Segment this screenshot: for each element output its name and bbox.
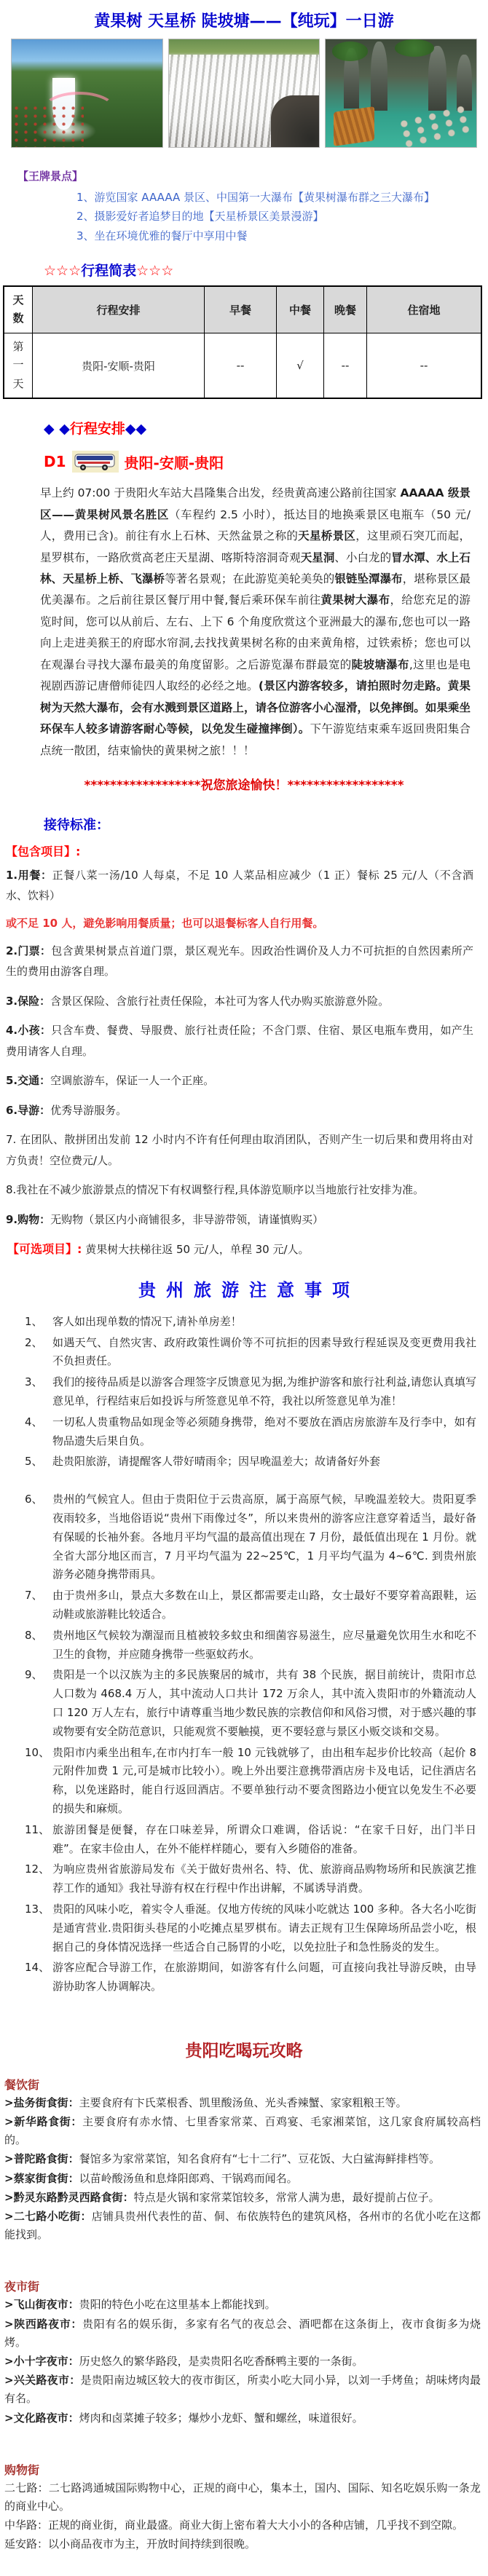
include-item-child: 4.小孩：只含车费、餐费、导服费、旅行社责任险；不含门票、住宿、景区电瓶车费用，… — [6, 1020, 473, 1062]
karst-pillar — [428, 46, 446, 111]
include-item-guide: 6.导游：优秀导游服务。 — [6, 1100, 473, 1121]
cell-plan: 贵阳-安顺-贵阳 — [33, 333, 205, 398]
include-item-adjust: 8.我社在不减少旅游景点的情况下有权调整行程,具体游览顺序以当地旅行社安排为准。 — [6, 1180, 473, 1201]
note-item: 2、如遇天气、自然灾害、政府政策性调价等不可抗拒的因素导致行程延误及变更费用我社… — [25, 1334, 476, 1372]
highlight-item: 3、坐在环境优雅的餐厅中享用中餐 — [76, 226, 488, 245]
optional-label: 【可选项目】: — [7, 1242, 82, 1256]
include-item-transport: 5.交通：空调旅游车，保证一人一个正座。 — [6, 1070, 473, 1091]
include-heading: 【包含项目】: — [6, 842, 488, 859]
shopping-street-entry: 延安路：以小商品夜市为主，开放时间持续到很晚。 — [4, 2535, 481, 2553]
food-guide-heading: 贵阳吃喝玩攻略 — [0, 2037, 488, 2061]
stars-right-icon: ☆☆☆ — [136, 263, 173, 279]
bus-icon — [72, 451, 119, 473]
include-item-cancel: 7. 在团队、散拼团出发前 12 小时内不许有任何理由取消团队，否则产生一切后果… — [6, 1129, 473, 1171]
cell-day: 第一天 — [4, 333, 33, 398]
highlights-heading: 【王牌景点】 — [17, 168, 488, 183]
col-header-lodging: 住宿地 — [367, 286, 482, 333]
note-item: 8、贵州地区气候较为潮湿而且植被较多蚊虫和细菌容易滋生，应尽量避免饮用生水和吃不… — [25, 1627, 476, 1664]
diamond-icons-left: ◆ ◆ — [44, 421, 70, 437]
schedule-row-day1: 第一天 贵阳-安顺-贵阳 -- √ -- -- — [4, 333, 481, 398]
note-item: 9、贵阳是一个以汉族为主的多民族聚居的城市，共有 38 个民族，据目前统计，贵阳… — [25, 1666, 476, 1741]
rock-shape — [271, 95, 319, 147]
include-item-insurance: 3.保险：含景区保险、含旅行社责任保险，本社可为客人代办购买旅游意外险。 — [6, 991, 473, 1012]
shopping-street-entry: 二七路：二七路鸿通城国际购物中心，正规的商中心，集本土，国内、国际、知名吃娱乐购… — [4, 2479, 481, 2516]
note-item: 6、贵州的气候宜人。但由于贵阳位于云贵高原，属于高原气候，早晚温差较大。贵阳夏季… — [25, 1490, 476, 1584]
itinerary-heading: ◆ ◆行程安排◆◆ — [44, 418, 488, 438]
highlight-item: 1、游览国家 AAAAA 景区、中国第一大瀑布【黄果树瀑布群之三大瀑布】 — [76, 188, 488, 207]
optional-text: 黄果树大扶梯往返 50 元/人，单程 30 元/人。 — [85, 1243, 309, 1256]
schedule-heading: ☆☆☆行程简表☆☆☆ — [44, 260, 488, 280]
foliage-shape — [395, 39, 434, 57]
include-item-ticket: 2.门票：包含黄果树景点首道门票，景区观光车。因政治性调价及人力不可抗拒的自然因… — [6, 941, 473, 982]
night-market-title: 夜市街 — [4, 2277, 488, 2294]
huangguoshu-waterfall-photo — [11, 39, 163, 148]
col-header-breakfast: 早餐 — [205, 286, 277, 333]
itinerary-heading-text: 行程安排 — [70, 421, 125, 437]
cell-lunch: √ — [277, 333, 324, 398]
night-market-entry: >兴关路夜市：是贵阳南边城区较大的夜市街区，所卖小吃大同小异，以刘一手烤鱼；胡味… — [4, 2371, 481, 2408]
note-item: 1、客人如出现单数的情况下,请补单房差！ — [25, 1313, 476, 1332]
note-item: 13、贵阳的风味小吃，着实令人垂涎。仅地方传统的风味小吃就达 100 多种。各大… — [25, 1900, 476, 1956]
food-street-entry: >普陀路食街：餐馆多为家常菜馆，知名食府有“七十二行”、豆花饭、大白鲨海鲜排档等… — [4, 2150, 481, 2168]
food-street-entry: >二七路小吃街：店铺具贵州代表性的苗、侗、布依族特色的建筑风格，各州市的名优小吃… — [4, 2208, 481, 2244]
shopping-street-title: 购物街 — [4, 2461, 488, 2478]
col-header-day: 天数 — [4, 286, 33, 333]
flowers-shape — [12, 104, 84, 147]
schedule-table: 天数 行程安排 早餐 中餐 晚餐 住宿地 第一天 贵阳-安顺-贵阳 -- √ -… — [3, 285, 482, 400]
night-market-entry: >文化路夜市：烤肉和卤菜摊子较多；爆炒小龙虾、蟹和螺丝，味道很好。 — [4, 2409, 481, 2427]
shopping-street-entry: 中华路：正规的商业街，商业最盛。商业大街上密布着大大小小的各种店铺，几乎找不到空… — [4, 2516, 481, 2534]
cell-lodging: -- — [367, 333, 482, 398]
wish-line: ******************祝您旅途愉快！***************… — [0, 775, 488, 793]
col-header-dinner: 晚餐 — [324, 286, 367, 333]
doupotang-waterfall-photo — [168, 39, 320, 148]
note-item: 14、游客应配合导游工作，在旅游期间，如游客有什么问题，可直接向我社导游反映，由… — [25, 1959, 476, 1996]
cell-breakfast: -- — [205, 333, 277, 398]
stars-left-icon: ☆☆☆ — [44, 263, 81, 279]
night-market-entry: >小十字夜市：历史悠久的繁华路段，是卖贵阳名吃香酥鸭主要的一条街。 — [4, 2352, 481, 2371]
karst-pillar — [457, 55, 472, 111]
reception-heading: 接待标准： — [44, 815, 488, 834]
foliage-shape — [332, 42, 369, 61]
food-street-title: 餐饮街 — [4, 2076, 488, 2093]
note-item: 12、为响应贵州省旅游局发布《关于做好贵州名、特、优、旅游商品购物场所和民族演艺… — [25, 1860, 476, 1898]
day1-line: D1 贵阳-安顺-贵阳 — [44, 451, 488, 473]
col-header-plan: 行程安排 — [33, 286, 205, 333]
karst-pillar — [371, 42, 387, 111]
night-market-entry: >飞山街夜市：贵阳的特色小吃在这里基本上都能找到。 — [4, 2296, 481, 2314]
food-street-entry: >新华路食街：主要食府有赤水情、七里香家常菜、百鸡宴、毛家湘菜馆，这几家食府属较… — [4, 2113, 481, 2149]
itinerary-paragraph: 早上约 07:00 于贵阳火车站大昌隆集合出发，经贵黄高速公路前往国家 AAAA… — [40, 483, 471, 762]
meal-note: 或不足 10 人，避免影响用餐质量；也可以退餐标客人自行用餐。 — [6, 915, 473, 931]
optional-item-line: 【可选项目】: 黄果树大扶梯往返 50 元/人，单程 30 元/人。 — [7, 1238, 473, 1260]
day1-label: D1 — [44, 453, 66, 470]
food-street-entry: >蔡家街食街：以苗岭酸汤鱼和息烽阳郎鸡、干锅鸡而闻名。 — [4, 2170, 481, 2188]
photo-strip — [0, 39, 488, 148]
cell-dinner: -- — [324, 333, 367, 398]
food-street-entry: >黔灵东路黔灵西路食街：特点是火锅和家常菜馆较多，常常人满为患，最好提前占位子。 — [4, 2189, 481, 2207]
day1-route: 贵阳-安顺-贵阳 — [125, 451, 224, 473]
note-item: 4、一切私人贵重物品如现金等必须随身携带，绝对不要放在酒店房旅游车及行李中，如有… — [25, 1413, 476, 1451]
highlight-item: 2、摄影爱好者追梦目的地【天星桥景区美景漫游】 — [76, 207, 488, 226]
include-item-meal: 1.用餐：正餐八菜一汤/10 人每桌，不足 10 人菜品相应减少（1 正）餐标 … — [6, 865, 473, 906]
note-item: 5、赴贵阳旅游，请提醒客人带好晴雨伞；因早晚温差大；故请备好外套 — [25, 1453, 476, 1471]
bamboo-raft-shape — [334, 106, 374, 146]
food-street-entry: >盐务街食街：主要食府有卞氏菜根香、凯里酸汤鱼、光头香辣蟹、家家粗粮王等。 — [4, 2094, 481, 2112]
schedule-heading-text: 行程简表 — [81, 263, 136, 279]
schedule-header-row: 天数 行程安排 早餐 中餐 晚餐 住宿地 — [4, 286, 481, 333]
col-header-lunch: 中餐 — [277, 286, 324, 333]
night-market-entry: >陕西路夜市：贵阳有名的娱乐街，多家有名气的夜总会、酒吧都在这条街上，夜市食街多… — [4, 2315, 481, 2352]
note-item: 3、我们的接待品质是以游客合理签字反馈意见为据,为维护游客和旅行社利益,请您认真… — [25, 1373, 476, 1411]
note-item: 7、由于贵州多山，景点大多数在山上，景区都需要走山路，女士最好不要穿着高跟鞋，运… — [25, 1587, 476, 1624]
page-title: 黄果树 天星桥 陡坡塘——【纯玩】一日游 — [0, 0, 488, 39]
note-item: 10、贵阳市内乘坐出租车,在市内打车一般 10 元钱就够了，由出租车起步价比较高… — [25, 1744, 476, 1819]
note-item: 11、旅游团餐是便餐，存在口味差异，所谓众口难调，俗话说：“在家千日好，出门半日… — [25, 1821, 476, 1859]
diamond-icons-right: ◆◆ — [125, 421, 146, 437]
include-item-shopping: 9.购物：无购物（景区内小商铺很多，非导游带领，请谨慎购买） — [6, 1209, 473, 1230]
travel-itinerary-page: 黄果树 天星桥 陡坡塘——【纯玩】一日游 【王牌景点】 1、游览国家 AAAAA… — [0, 0, 488, 2576]
notes-heading: 贵州旅游注意事项 — [0, 1276, 488, 1301]
tianxingqiao-karst-photo — [325, 39, 477, 148]
